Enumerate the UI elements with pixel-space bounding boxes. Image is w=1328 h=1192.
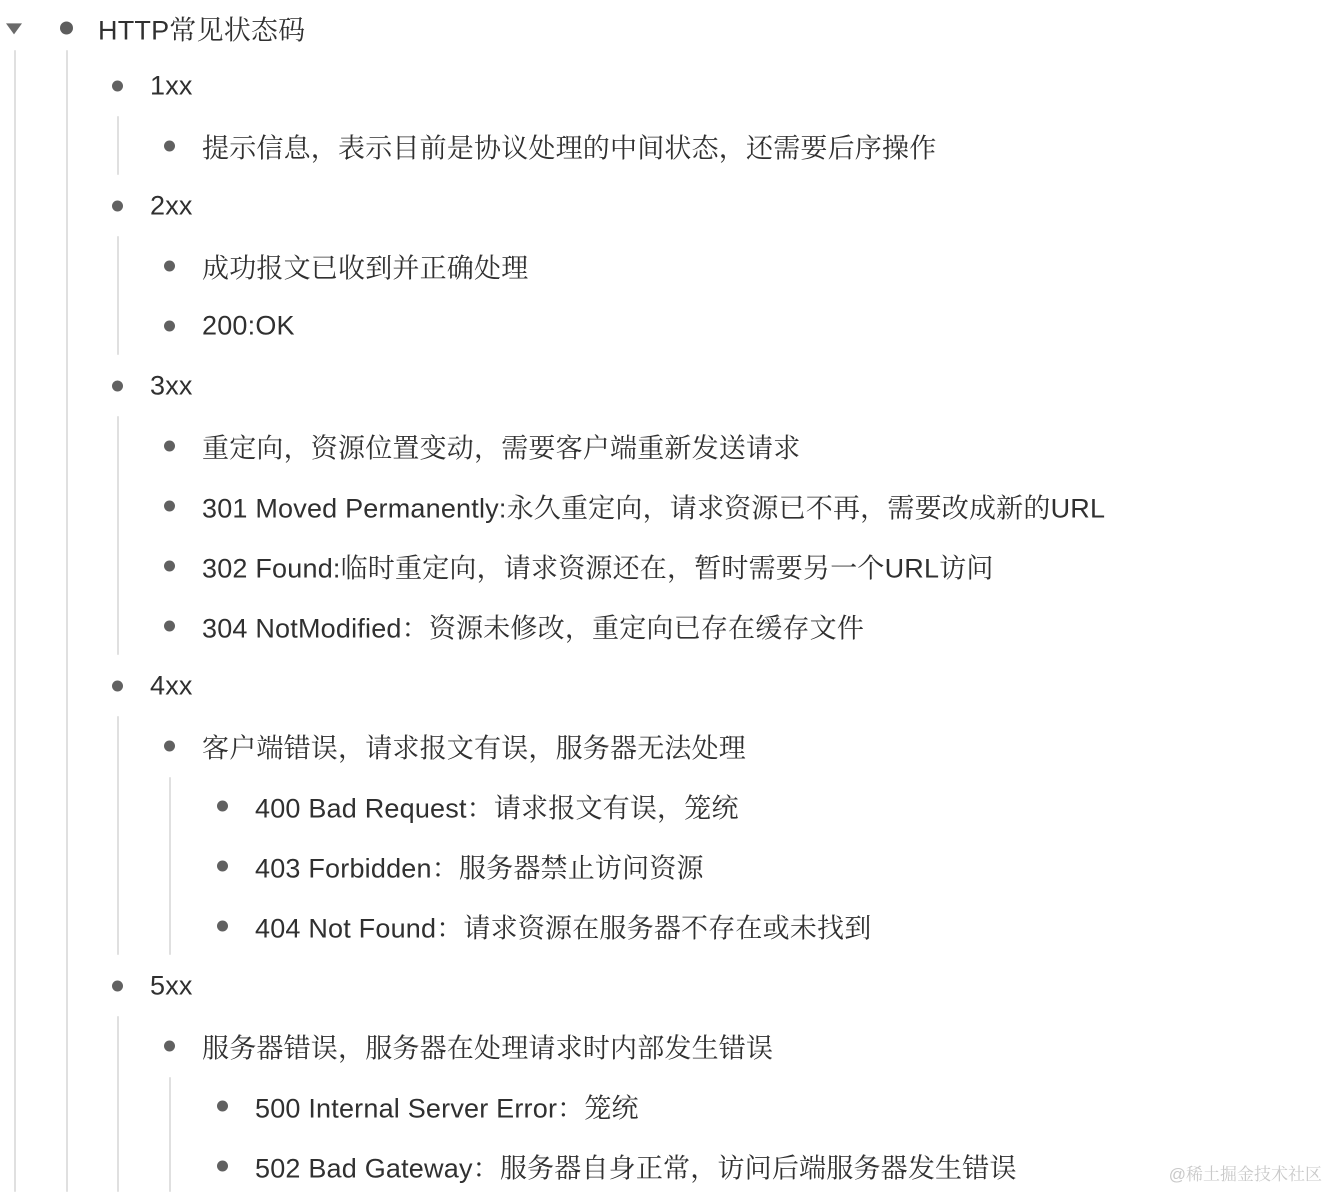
outline-item-text[interactable]: 1xx — [150, 71, 193, 102]
bullet-icon[interactable] — [217, 861, 228, 872]
outline-item-text[interactable]: 200:OK — [202, 311, 295, 342]
bullet-icon[interactable] — [112, 81, 123, 92]
bullet-icon[interactable] — [217, 921, 228, 932]
bullet-icon[interactable] — [60, 22, 73, 35]
outline-item-text[interactable]: 400 Bad Request：请求报文有误，笼统 — [255, 787, 739, 826]
bullet-icon[interactable] — [164, 501, 175, 512]
outline-item[interactable]: 服务器错误，服务器在处理请求时内部发生错误 — [0, 1016, 1328, 1076]
outline-item-4xx[interactable]: 4xx — [0, 656, 1328, 716]
outline-item[interactable]: 500 Internal Server Error：笼统 — [0, 1076, 1328, 1136]
outline-item[interactable]: 304 NotModified：资源未修改，重定向已存在缓存文件 — [0, 596, 1328, 656]
outline-item-text[interactable]: 500 Internal Server Error：笼统 — [255, 1087, 639, 1126]
bullet-icon[interactable] — [164, 141, 175, 152]
outline-item-text[interactable]: 重定向，资源位置变动，需要客户端重新发送请求 — [202, 427, 800, 466]
outline-item-5xx[interactable]: 5xx — [0, 956, 1328, 1016]
outline-item[interactable]: 404 Not Found：请求资源在服务器不存在或未找到 — [0, 896, 1328, 956]
outline-item-3xx[interactable]: 3xx — [0, 356, 1328, 416]
outline-item[interactable]: 客户端错误，请求报文有误，服务器无法处理 — [0, 716, 1328, 776]
outline-item-text[interactable]: 客户端错误，请求报文有误，服务器无法处理 — [202, 727, 746, 766]
bullet-icon[interactable] — [217, 801, 228, 812]
outline-item-text[interactable]: 403 Forbidden：服务器禁止访问资源 — [255, 847, 704, 886]
bullet-icon[interactable] — [164, 621, 175, 632]
outline-item[interactable]: 提示信息，表示目前是协议处理的中间状态，还需要后序操作 — [0, 116, 1328, 176]
outline-item[interactable]: 502 Bad Gateway：服务器自身正常，访问后端服务器发生错误 — [0, 1136, 1328, 1192]
outline-item[interactable]: 302 Found:临时重定向，请求资源还在，暂时需要另一个URL访问 — [0, 536, 1328, 596]
outline-item[interactable]: 301 Moved Permanently:永久重定向，请求资源已不再，需要改成… — [0, 476, 1328, 536]
outline-item[interactable]: 403 Forbidden：服务器禁止访问资源 — [0, 836, 1328, 896]
bullet-icon[interactable] — [164, 321, 175, 332]
outline-item-2xx[interactable]: 2xx — [0, 176, 1328, 236]
outline-item-text[interactable]: 304 NotModified：资源未修改，重定向已存在缓存文件 — [202, 607, 864, 646]
bullet-icon[interactable] — [164, 1041, 175, 1052]
outline-item-text[interactable]: 301 Moved Permanently:永久重定向，请求资源已不再，需要改成… — [202, 487, 1105, 526]
outline-item-text[interactable]: 502 Bad Gateway：服务器自身正常，访问后端服务器发生错误 — [255, 1147, 1017, 1186]
outline-item-text[interactable]: HTTP常见状态码 — [98, 9, 305, 48]
outline-item[interactable]: 重定向，资源位置变动，需要客户端重新发送请求 — [0, 416, 1328, 476]
bullet-icon[interactable] — [164, 561, 175, 572]
bullet-icon[interactable] — [217, 1161, 228, 1172]
outline-item-text[interactable]: 4xx — [150, 671, 193, 702]
outline-item-text[interactable]: 302 Found:临时重定向，请求资源还在，暂时需要另一个URL访问 — [202, 547, 994, 586]
outline-item-text[interactable]: 提示信息，表示目前是协议处理的中间状态，还需要后序操作 — [202, 127, 936, 166]
outline-item-root[interactable]: HTTP常见状态码 — [0, 0, 1328, 56]
bullet-icon[interactable] — [217, 1101, 228, 1112]
outline-item-text[interactable]: 404 Not Found：请求资源在服务器不存在或未找到 — [255, 907, 871, 946]
outline-item-text[interactable]: 5xx — [150, 971, 193, 1002]
outline-item-text[interactable]: 成功报文已收到并正确处理 — [202, 247, 528, 286]
bullet-icon[interactable] — [164, 741, 175, 752]
outline-item-text[interactable]: 服务器错误，服务器在处理请求时内部发生错误 — [202, 1027, 773, 1066]
outline-item[interactable]: 200:OK — [0, 296, 1328, 356]
bullet-icon[interactable] — [164, 441, 175, 452]
bullet-icon[interactable] — [112, 681, 123, 692]
outline-item-text[interactable]: 2xx — [150, 191, 193, 222]
watermark: @稀土掘金技术社区 — [1169, 1160, 1322, 1185]
outline-item-text[interactable]: 3xx — [150, 371, 193, 402]
outline-item-1xx[interactable]: 1xx — [0, 56, 1328, 116]
collapse-arrow-icon[interactable] — [6, 23, 22, 34]
outline-item[interactable]: 400 Bad Request：请求报文有误，笼统 — [0, 776, 1328, 836]
outline-item[interactable]: 成功报文已收到并正确处理 — [0, 236, 1328, 296]
bullet-icon[interactable] — [112, 201, 123, 212]
outline-document: HTTP常见状态码 1xx 提示信息，表示目前是协议处理的中间状态，还需要后序操… — [0, 0, 1328, 1192]
bullet-icon[interactable] — [112, 981, 123, 992]
bullet-icon[interactable] — [112, 381, 123, 392]
bullet-icon[interactable] — [164, 261, 175, 272]
